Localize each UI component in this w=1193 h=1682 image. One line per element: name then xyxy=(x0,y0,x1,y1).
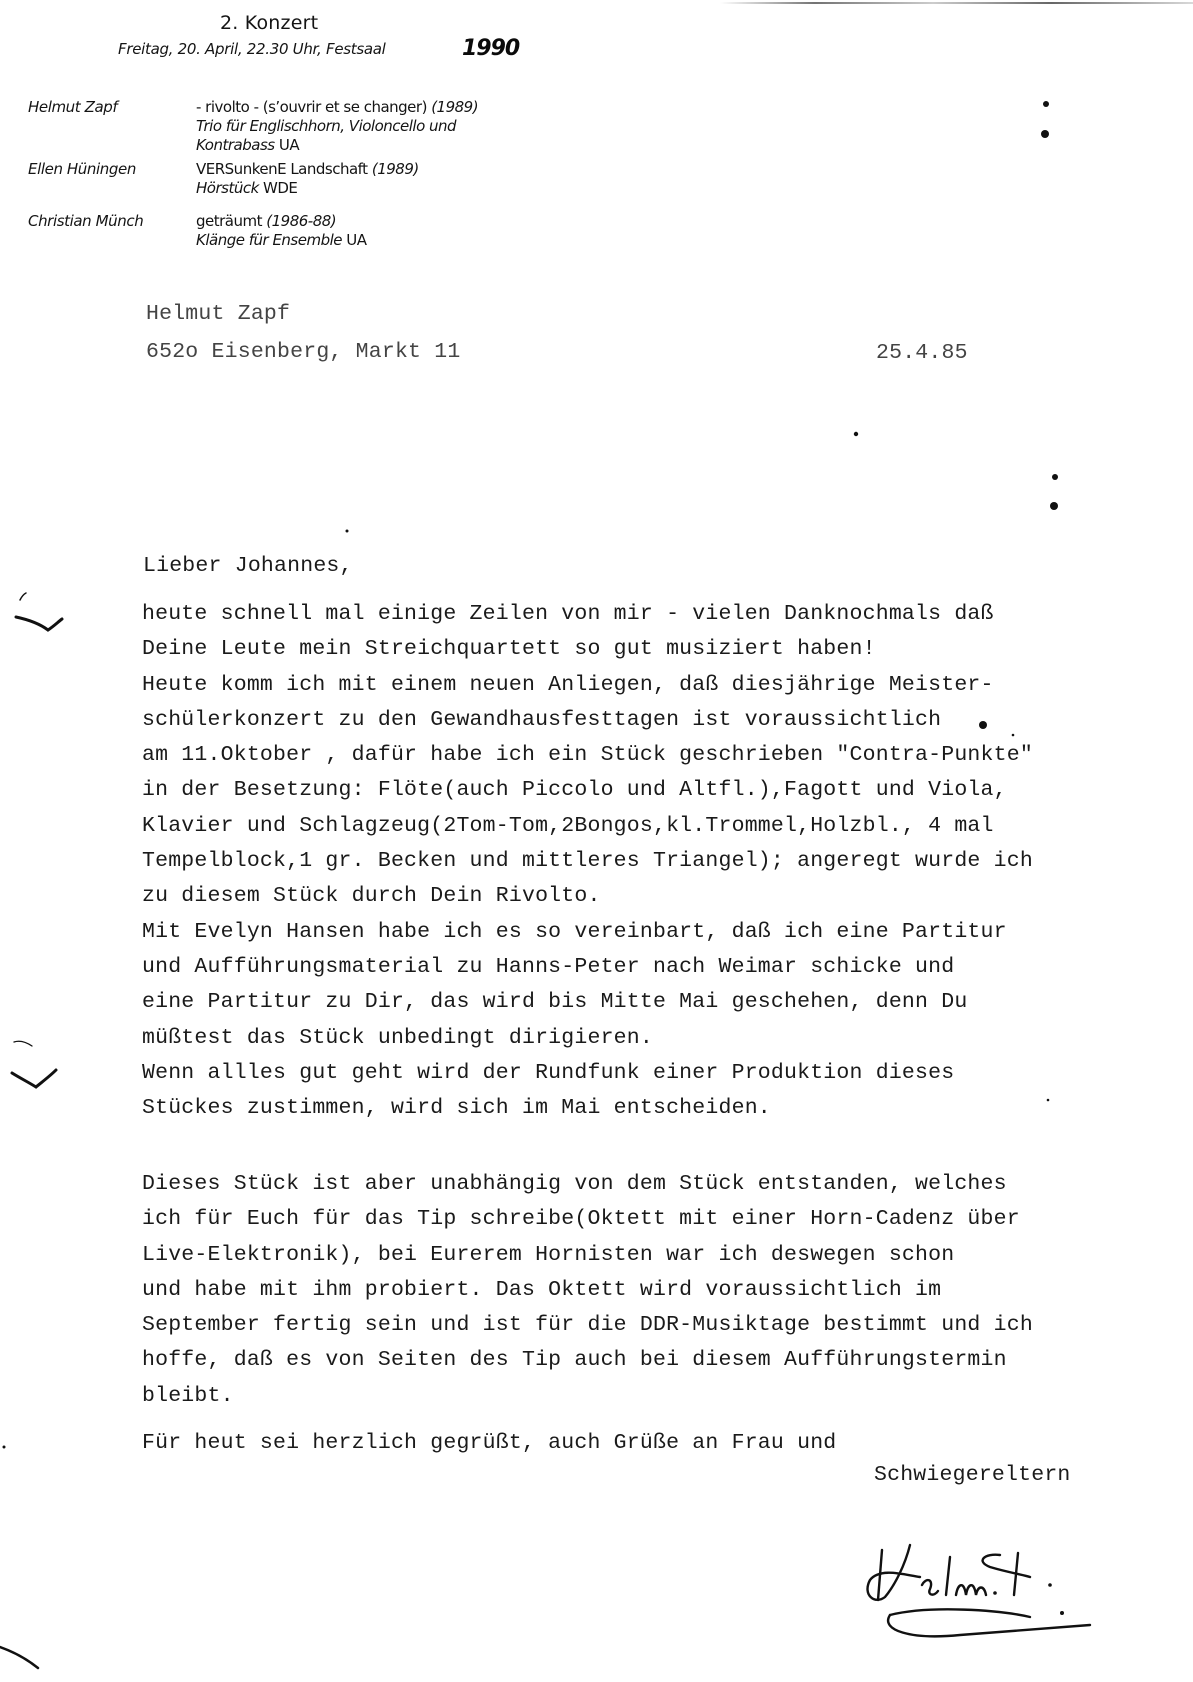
letter-line: Live-Elektronik), bei Eurerem Hornisten … xyxy=(142,1238,1033,1273)
letter-line: heute schnell mal einige Zeilen von mir … xyxy=(142,597,1033,632)
letter-line: schülerkonzert zu den Gewandhausfesttage… xyxy=(142,703,1033,738)
premiere-tag: UA xyxy=(342,231,367,249)
letter-line: in der Besetzung: Flöte(auch Piccolo und… xyxy=(142,773,1033,808)
composer-name: Helmut Zapf xyxy=(28,98,196,155)
work-instrumentation: Kontrabass xyxy=(196,136,275,154)
closing-line: Schwiegereltern xyxy=(874,1463,1071,1487)
work-description: - rivolto - (s’ouvrir et se changer) (19… xyxy=(196,98,478,155)
premiere-tag: UA xyxy=(275,136,300,154)
letter-line: Wenn allles gut geht wird der Rundfunk e… xyxy=(142,1056,1033,1091)
letter-line: ich für Euch für das Tip schreibe(Oktett… xyxy=(142,1202,1033,1237)
letter-line: Tempelblock,1 gr. Becken und mittleres T… xyxy=(142,844,1033,879)
work-title: VERSunkenE Landschaft xyxy=(196,160,372,178)
letter-date: 25.4.85 xyxy=(876,341,968,365)
scan-edge-shadow xyxy=(720,2,1193,4)
program-entry: Ellen Hüningen VERSunkenE Landschaft (19… xyxy=(28,160,588,198)
premiere-tag: WDE xyxy=(259,179,298,197)
scanned-letter-page: 2. Konzert Freitag, 20. April, 22.30 Uhr… xyxy=(0,0,1193,1682)
letter-line: müßtest das Stück unbedingt dirigieren. xyxy=(142,1021,1033,1056)
work-genre: Klänge für Ensemble xyxy=(196,231,342,249)
closing-paragraph: Für heut sei herzlich gegrüßt, auch Grüß… xyxy=(142,1426,836,1461)
letter-line: September fertig sein und ist für die DD… xyxy=(142,1308,1033,1343)
letter-line: Klavier und Schlagzeug(2Tom-Tom,2Bongos,… xyxy=(142,809,1033,844)
handwritten-signature xyxy=(850,1505,1100,1655)
letter-line: und habe mit ihm probiert. Das Oktett wi… xyxy=(142,1273,1033,1308)
letter-line: Stückes zustimmen, wird sich im Mai ents… xyxy=(142,1091,1033,1126)
composer-name: Ellen Hüningen xyxy=(28,160,196,198)
letter-line: Deine Leute mein Streichquartett so gut … xyxy=(142,632,1033,667)
concert-title: 2. Konzert xyxy=(220,12,318,34)
letter-line: eine Partitur zu Dir, das wird bis Mitte… xyxy=(142,985,1033,1020)
letter-line: zu diesem Stück durch Dein Rivolto. xyxy=(142,879,1033,914)
work-title: geträumt xyxy=(196,212,266,230)
sender-address: 652o Eisenberg, Markt 11 xyxy=(146,340,460,364)
letter-line: hoffe, daß es von Seiten des Tip auch be… xyxy=(142,1343,1033,1378)
letter-line: Heute komm ich mit einem neuen Anliegen,… xyxy=(142,668,1033,703)
work-year: (1989) xyxy=(372,160,419,178)
work-title: - rivolto - (s’ouvrir et se changer) xyxy=(196,98,431,116)
work-year: (1989) xyxy=(431,98,478,116)
letter-paragraph-1: heute schnell mal einige Zeilen von mir … xyxy=(142,597,1033,1126)
work-year: (1986-88) xyxy=(266,212,336,230)
concert-subtitle: Freitag, 20. April, 22.30 Uhr, Festsaal xyxy=(118,40,386,58)
program-entry: Christian Münch geträumt (1986-88) Kläng… xyxy=(28,212,588,250)
letter-line: Mit Evelyn Hansen habe ich es so vereinb… xyxy=(142,915,1033,950)
sender-name: Helmut Zapf xyxy=(146,302,290,326)
handwritten-year: 1990 xyxy=(462,36,519,61)
work-instrumentation: Trio für Englischhorn, Violoncello und xyxy=(196,117,478,136)
letter-paragraph-2: Dieses Stück ist aber unabhängig von dem… xyxy=(142,1167,1033,1414)
letter-line: am 11.Oktober , dafür habe ich ein Stück… xyxy=(142,738,1033,773)
closing-line: Für heut sei herzlich gegrüßt, auch Grüß… xyxy=(142,1426,836,1461)
letter-line: und Aufführungsmaterial zu Hanns-Peter n… xyxy=(142,950,1033,985)
concert-program: Helmut Zapf - rivolto - (s’ouvrir et se … xyxy=(28,98,588,255)
composer-name: Christian Münch xyxy=(28,212,196,250)
letter-line: Dieses Stück ist aber unabhängig von dem… xyxy=(142,1167,1033,1202)
letter-line: bleibt. xyxy=(142,1379,1033,1414)
work-description: geträumt (1986-88) Klänge für Ensemble U… xyxy=(196,212,367,250)
program-entry: Helmut Zapf - rivolto - (s’ouvrir et se … xyxy=(28,98,588,155)
salutation: Lieber Johannes, xyxy=(143,554,353,578)
work-genre: Hörstück xyxy=(196,179,259,197)
work-description: VERSunkenE Landschaft (1989) Hörstück WD… xyxy=(196,160,419,198)
